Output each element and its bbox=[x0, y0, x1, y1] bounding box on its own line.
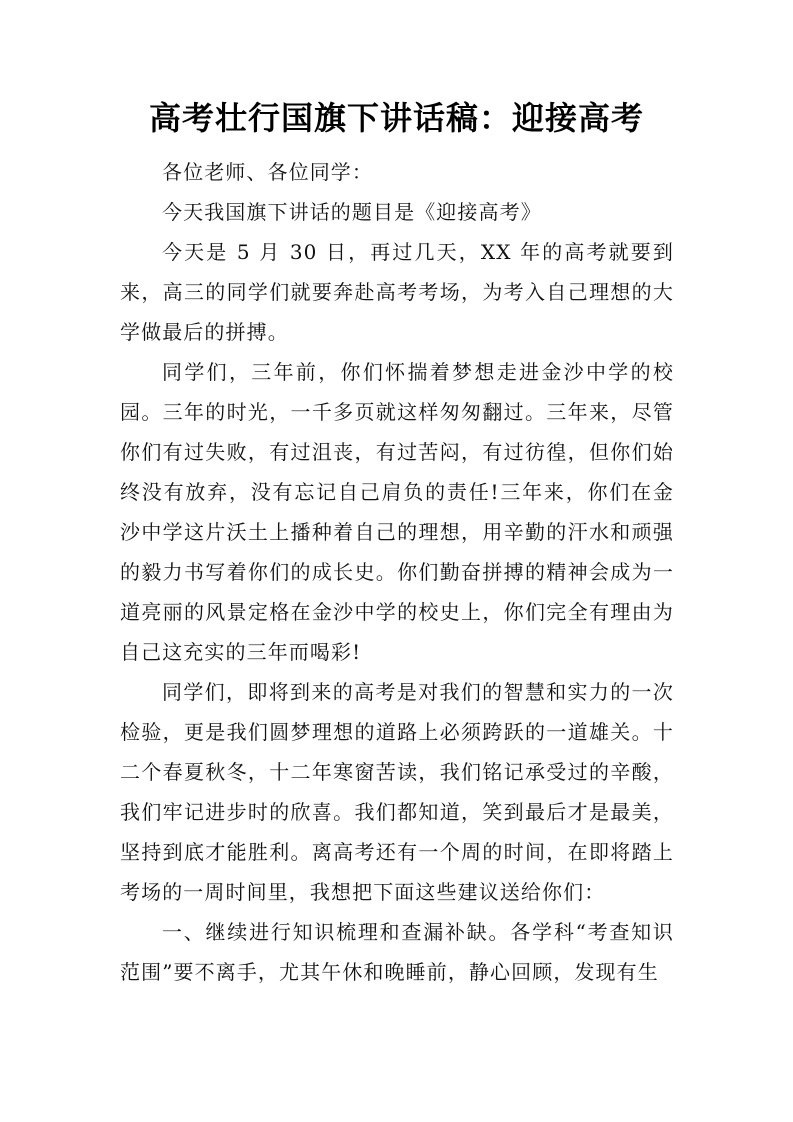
body-paragraph: 今天是 5 月 30 日，再过几天，XX 年的高考就要到来，高三的同学们就要奔赴… bbox=[120, 232, 674, 352]
document-page: 高考壮行国旗下讲话稿：迎接高考 各位老师、各位同学： 今天我国旗下讲话的题目是《… bbox=[0, 0, 793, 1122]
body-paragraph: 同学们，即将到来的高考是对我们的智慧和实力的一次检验，更是我们圆梦理想的道路上必… bbox=[120, 672, 674, 912]
salutation-paragraph: 各位老师、各位同学： bbox=[120, 152, 674, 192]
document-body: 各位老师、各位同学： 今天我国旗下讲话的题目是《迎接高考》 今天是 5 月 30… bbox=[120, 152, 674, 992]
body-paragraph: 同学们，三年前，你们怀揣着梦想走进金沙中学的校园。三年的时光，一千多页就这样匆匆… bbox=[120, 352, 674, 672]
document-title: 高考壮行国旗下讲话稿：迎接高考 bbox=[0, 96, 793, 140]
topic-paragraph: 今天我国旗下讲话的题目是《迎接高考》 bbox=[120, 192, 674, 232]
body-paragraph: 一、继续进行知识梳理和查漏补缺。各学科“考查知识范围”要不离手，尤其午休和晚睡前… bbox=[120, 912, 674, 992]
